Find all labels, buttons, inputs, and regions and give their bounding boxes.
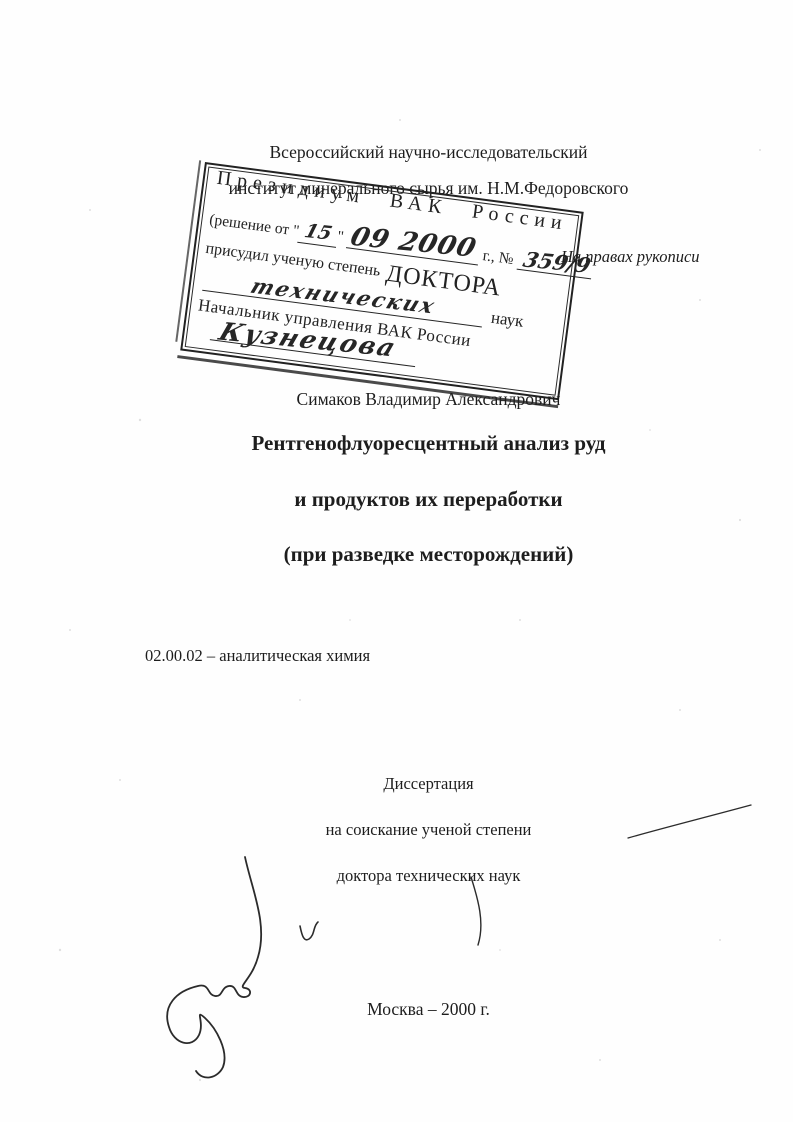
degree-name-line: доктора технических наук	[64, 866, 793, 886]
stamp-handwritten-day: 15	[296, 222, 340, 246]
degree-seeking-line: на соискание ученой степени	[64, 820, 793, 840]
vertical-pen-stroke	[471, 877, 481, 945]
specialty-code: 02.00.02 – аналитическая химия	[145, 646, 370, 666]
city-year-line: Москва – 2000 г.	[64, 999, 793, 1020]
manuscript-rights-note: На правах рукописи	[561, 247, 700, 267]
dissertation-title-line3: (при разведке месторождений)	[64, 542, 793, 567]
stamp-decision-suffix: г., №	[482, 247, 515, 268]
dissertation-label: Диссертация	[64, 774, 793, 794]
stamp-degree-suffix: наук	[490, 308, 525, 331]
author-name: Симаков Владимир Александрович	[64, 389, 793, 410]
institute-name-line1: Всероссийский научно-исследовательский	[64, 142, 793, 163]
check-mark-stroke	[300, 922, 318, 940]
dissertation-title-page: Всероссийский научно-исследовательский и…	[0, 0, 793, 1122]
dissertation-title-line1: Рентгенофлуоресцентный анализ руд	[64, 431, 793, 456]
dissertation-title-line2: и продуктов их переработки	[64, 487, 793, 512]
signature-flourish-stroke	[167, 857, 261, 1078]
